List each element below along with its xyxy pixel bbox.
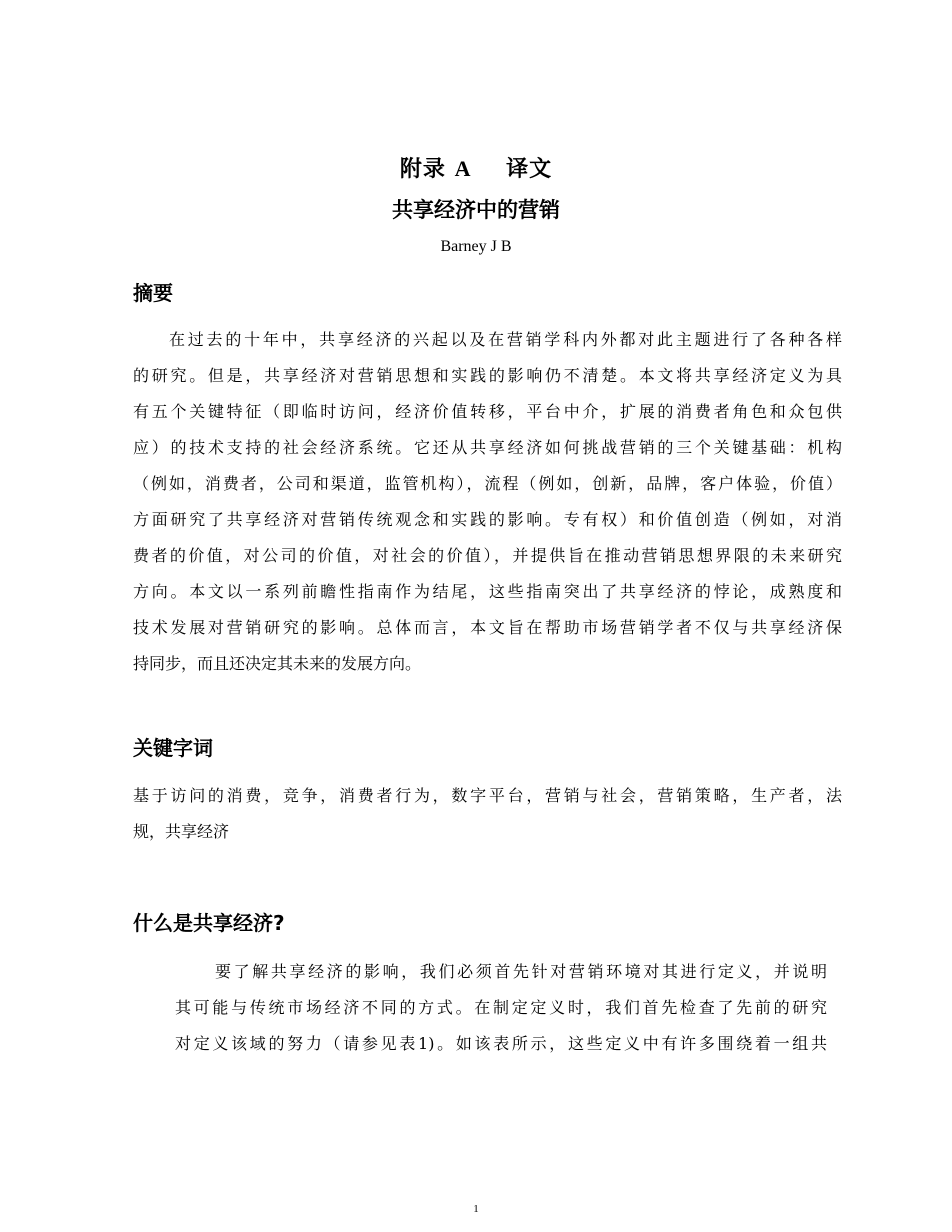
abstract-line: 在过去的十年中，共享经济的兴起以及在营销学科内外都对此主题进行了各种各样: [133, 322, 842, 358]
appendix-title: 附录 A 译文: [0, 152, 952, 183]
abstract-line: 费者的价值，对公司的价值，对社会的价值），并提供旨在推动营销思想界限的未来研究: [133, 538, 842, 574]
page-number: 1: [0, 1203, 952, 1215]
abstract-heading: 摘要: [133, 277, 173, 306]
translation-label: 译文: [506, 157, 552, 182]
abstract-line: 有五个关键特征（即临时访问，经济价值转移，平台中介，扩展的消费者角色和众包供: [133, 394, 842, 430]
section-heading: 什么是共享经济?: [133, 907, 285, 936]
section-line: 要了解共享经济的影响，我们必须首先针对营销环境对其进行定义，并说明: [175, 954, 827, 990]
keywords-line: 基于访问的消费，竞争，消费者行为，数字平台，营销与社会，营销策略，生产者，法: [133, 778, 842, 814]
section-body: 要了解共享经济的影响，我们必须首先针对营销环境对其进行定义，并说明 其可能与传统…: [175, 954, 827, 1062]
appendix-letter: A: [455, 156, 472, 181]
abstract-line: 应）的技术支持的社会经济系统。它还从共享经济如何挑战营销的三个关键基础：机构: [133, 430, 842, 466]
abstract-line: 技术发展对营销研究的影响。总体而言，本文旨在帮助市场营销学者不仅与共享经济保: [133, 610, 842, 646]
abstract-body: 在过去的十年中，共享经济的兴起以及在营销学科内外都对此主题进行了各种各样 的研究…: [133, 322, 842, 682]
abstract-line: 方面研究了共享经济对营销传统观念和实践的影响。专有权）和价值创造（例如，对消: [133, 502, 842, 538]
abstract-line: 的研究。但是，共享经济对营销思想和实践的影响仍不清楚。本文将共享经济定义为具: [133, 358, 842, 394]
abstract-line: 持同步，而且还决定其未来的发展方向。: [133, 646, 842, 682]
abstract-line: （例如，消费者，公司和渠道，监管机构），流程（例如，创新，品牌，客户体验，价值）: [133, 466, 842, 502]
keywords-line: 规，共享经济: [133, 814, 842, 850]
paper-title: 共享经济中的营销: [0, 194, 952, 224]
keywords-heading: 关键字词: [133, 732, 213, 761]
appendix-label: 附录: [400, 157, 446, 182]
keywords-body: 基于访问的消费，竞争，消费者行为，数字平台，营销与社会，营销策略，生产者，法 规…: [133, 778, 842, 850]
section-line: 对定义该域的努力（请参见表1)。如该表所示，这些定义中有许多围绕着一组共: [175, 1026, 827, 1062]
author: Barney J B: [0, 238, 952, 256]
section-line: 其可能与传统市场经济不同的方式。在制定定义时，我们首先检查了先前的研究: [175, 990, 827, 1026]
abstract-line: 方向。本文以一系列前瞻性指南作为结尾，这些指南突出了共享经济的悖论，成熟度和: [133, 574, 842, 610]
